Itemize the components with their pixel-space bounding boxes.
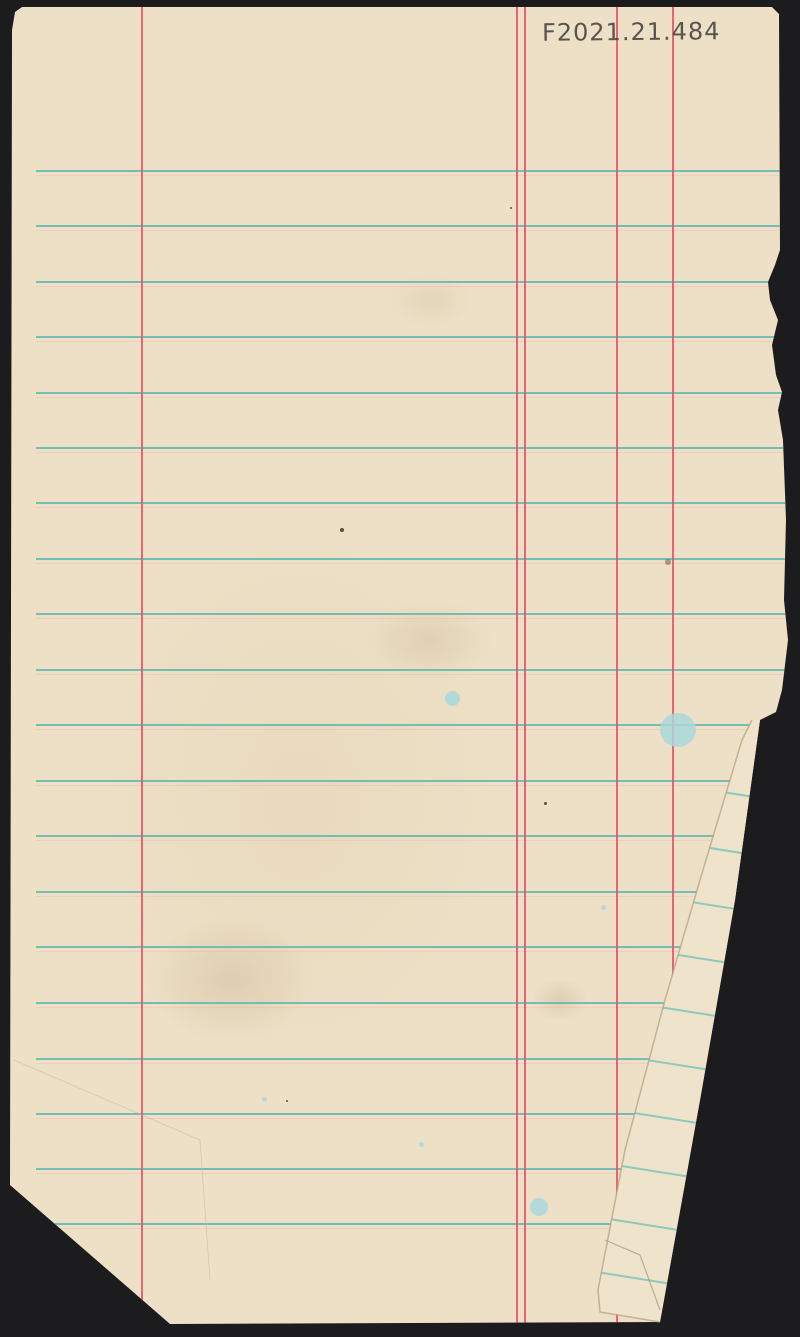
flap-rule-line xyxy=(590,1270,788,1303)
blue-rule-line xyxy=(36,392,796,394)
blue-rule-line xyxy=(36,835,796,837)
scan-background: F2021.21.484 xyxy=(0,0,800,1337)
blue-rule-line xyxy=(36,281,796,283)
foxing-speck xyxy=(286,1100,288,1102)
red-margin-line xyxy=(616,7,618,1327)
blue-rule-line xyxy=(36,502,796,504)
blue-rule-line xyxy=(36,780,796,782)
flap-rule-line xyxy=(590,1215,788,1248)
blue-rule-line xyxy=(36,170,796,172)
blue-rule-line xyxy=(36,447,796,449)
foxing-speck xyxy=(340,528,344,532)
ink-spot xyxy=(530,1198,548,1216)
ink-spot xyxy=(419,1142,424,1147)
blue-rule-line xyxy=(36,336,796,338)
foxing-speck xyxy=(665,559,671,565)
ink-spot xyxy=(601,905,606,910)
blue-rule-line xyxy=(36,669,796,671)
ink-spot xyxy=(262,1097,267,1102)
foxing-speck xyxy=(544,802,547,805)
blue-rule-line xyxy=(36,613,796,615)
red-margin-line xyxy=(524,7,526,1327)
ink-spot xyxy=(660,713,696,747)
blue-rule-line xyxy=(36,891,796,893)
blue-rule-line xyxy=(36,225,796,227)
foxing-speck xyxy=(510,207,512,209)
red-margin-line xyxy=(141,7,143,1327)
accession-number: F2021.21.484 xyxy=(542,17,721,47)
ink-spot xyxy=(445,691,460,706)
red-margin-line xyxy=(516,7,518,1327)
blue-rule-line xyxy=(36,558,796,560)
blue-rule-line xyxy=(36,1223,796,1225)
